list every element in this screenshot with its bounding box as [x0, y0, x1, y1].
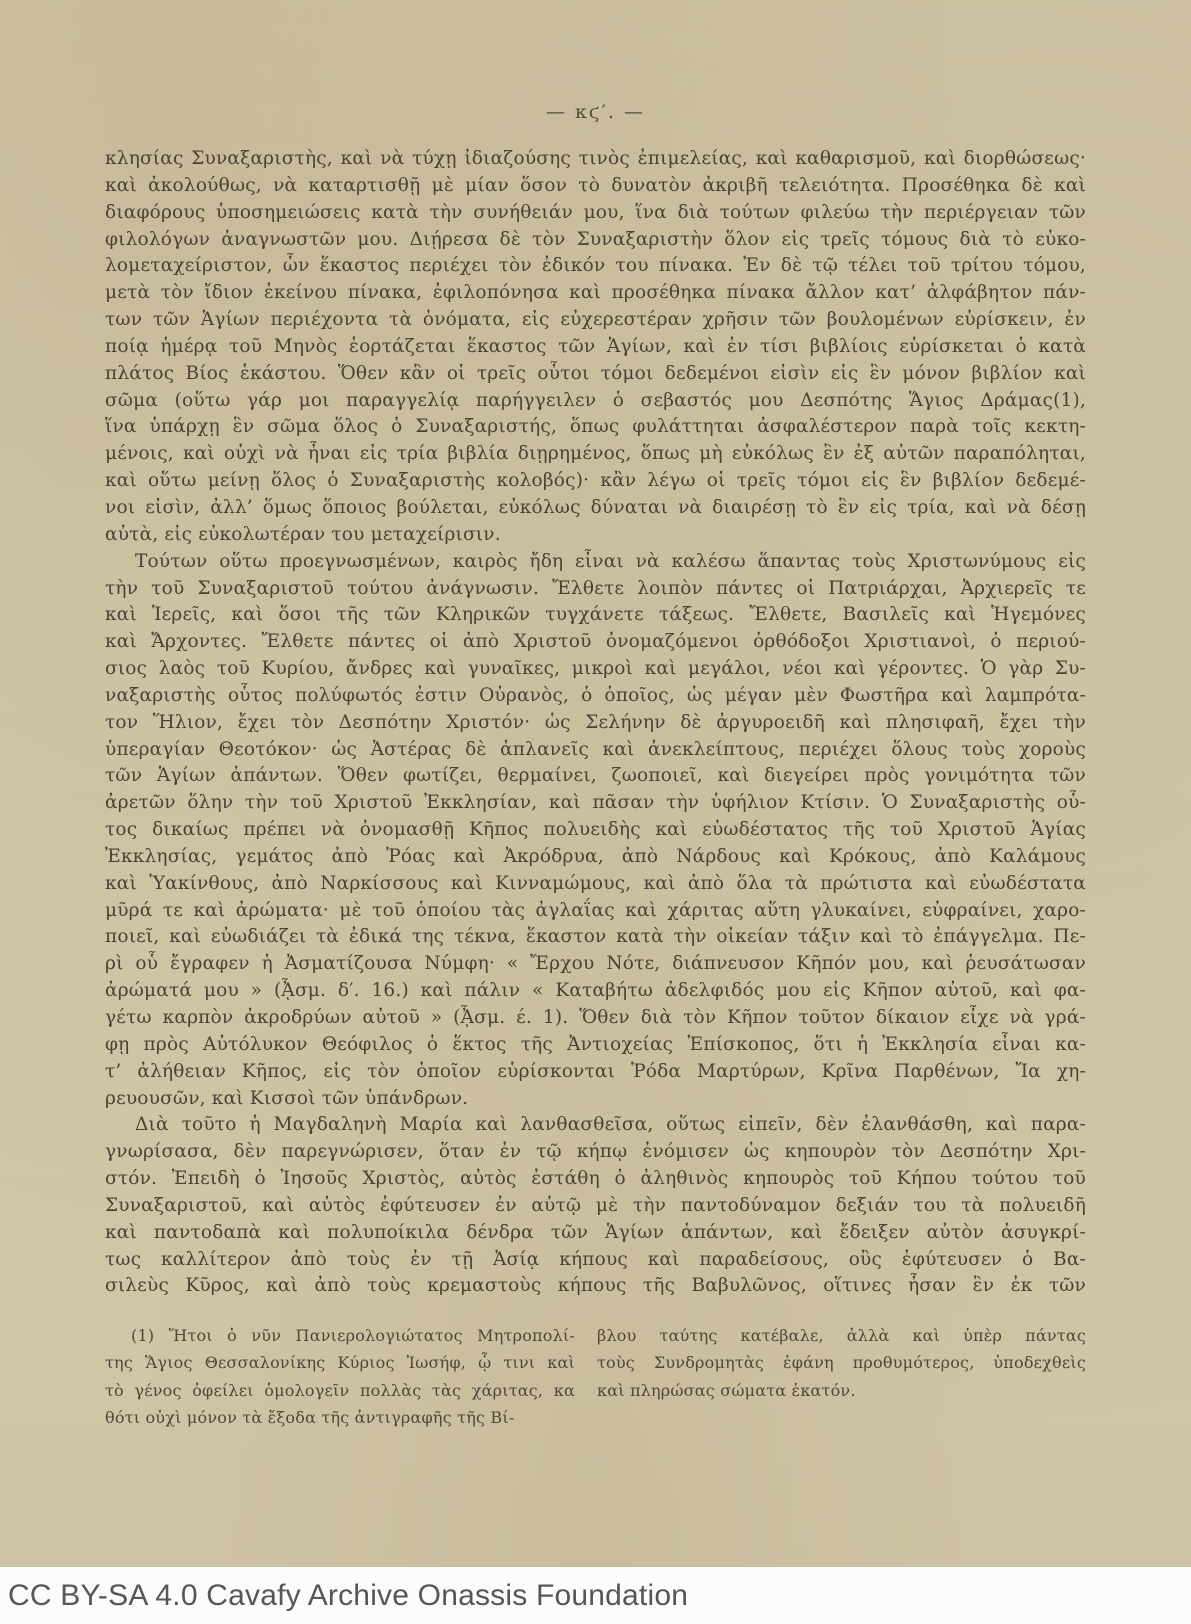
- credit-bar: CC BY-SA 4.0 Cavafy Archive Onassis Foun…: [0, 1567, 1191, 1624]
- text-line: ρευουσῶν, καὶ Κισσοὶ τῶν ὑπάνδρων.: [105, 1086, 1086, 1113]
- footnote: (1) Ἤτοι ὁ νῦν Πανιερολογιώτατος Μητροπο…: [105, 1322, 1086, 1431]
- text-line: καὶ οὕτω μείνῃ ὅλος ὁ Συναξαριστὴς κολοβ…: [105, 468, 1086, 495]
- footnote-left-column: (1) Ἤτοι ὁ νῦν Πανιερολογιώτατος Μητροπο…: [105, 1322, 575, 1431]
- text-line: καὶ Ἱερεῖς, καὶ ὅσοι τῆς τῶν Κληρικῶν τυ…: [105, 602, 1086, 629]
- text-line: σιος λαὸς τοῦ Κυρίου, ἄνδρες καὶ γυναῖκε…: [105, 656, 1086, 683]
- text-line: Τούτων οὕτω προεγνωσμένων, καιρὸς ἤδη εἶ…: [105, 549, 1086, 576]
- text-line: σιλεὺς Κῦρος, καὶ ἀπὸ τοὺς κρεμαστοὺς κή…: [105, 1273, 1086, 1300]
- text-line: πλάτος Βίος ἑκάστου. Ὅθεν κἂν οἱ τρεῖς ο…: [105, 361, 1086, 388]
- text-line: καὶ ἀκολούθως, νὰ καταρτισθῇ μὲ μίαν ὅσο…: [105, 173, 1086, 200]
- text-line: στόν. Ἐπειδὴ ὁ Ἰησοῦς Χριστὸς, αὐτὸς ἐστ…: [105, 1166, 1086, 1193]
- text-line: τον Ἥλιον, ἔχει τὸν Δεσπότην Χριστόν· ὡς…: [105, 710, 1086, 737]
- text-line: φιλολόγων ἀναγνωστῶν μου. Διῄρεσα δὲ τὸν…: [105, 227, 1086, 254]
- body-text: κλησίας Συναξαριστὴς, καὶ νὰ τύχῃ ἰδιαζο…: [105, 146, 1086, 1300]
- text-line: διαφόρους ὑποσημειώσεις κατὰ τὴν συνήθει…: [105, 200, 1086, 227]
- text-line: τοὺς Συνδρομητὰς ἐφάνη προθυμότερος, ὑπο…: [597, 1349, 1086, 1376]
- text-line: των τῶν Ἁγίων περιέχοντα τὰ ὀνόματα, εἰς…: [105, 307, 1086, 334]
- text-line: ὑπεραγίαν Θεοτόκον· ὡς Ἀστέρας δὲ ἀπλανε…: [105, 737, 1086, 764]
- text-line: ποιεῖ, καὶ εὐωδιάζει τὰ ἐδικά της τέκνα,…: [105, 924, 1086, 951]
- text-line: τως καλλίτερον ἀπὸ τοὺς ἐν τῇ Ἀσίᾳ κήπου…: [105, 1247, 1086, 1274]
- text-line: τος δικαίως πρέπει νὰ ὀνομασθῇ Κῆπος πολ…: [105, 817, 1086, 844]
- text-line: της Ἅγιος Θεσσαλονίκης Κύριος Ἰωσήφ, ᾧ τ…: [105, 1349, 575, 1376]
- text-line: καὶ Ἄρχοντες. Ἔλθετε πάντες οἱ ἀπὸ Χριστ…: [105, 629, 1086, 656]
- text-line: σῶμα (οὕτω γάρ μοι παραγγελίᾳ παρήγγειλε…: [105, 388, 1086, 415]
- page-number: — κϛ′. —: [0, 101, 1191, 123]
- text-line: γνωρίσασα, δὲν παρεγνώρισεν, ὅταν ἐν τῷ …: [105, 1139, 1086, 1166]
- text-line: ποίᾳ ἡμέρᾳ τοῦ Μηνὸς ἑορτάζεται ἕκαστος …: [105, 334, 1086, 361]
- text-line: φῃ πρὸς Αὐτόλυκον Θεόφιλος ὁ ἕκτος τῆς Ἀ…: [105, 1032, 1086, 1059]
- text-line: καὶ παντοδαπὰ καὶ πολυποίκιλα δένδρα τῶν…: [105, 1220, 1086, 1247]
- text-line: ἀρετῶν ὅλην τὴν τοῦ Χριστοῦ Ἐκκλησίαν, κ…: [105, 790, 1086, 817]
- text-line: τὴν τοῦ Συναξαριστοῦ τούτου ἀνάγνωσιν. Ἔ…: [105, 576, 1086, 603]
- text-line: τῶν Ἁγίων ἁπάντων. Ὅθεν φωτίζει, θερμαίν…: [105, 763, 1086, 790]
- text-line: θότι οὐχὶ μόνον τὰ ἔξοδα τῆς ἀντιγραφῆς …: [105, 1404, 575, 1431]
- text-line: καὶ Ὑακίνθους, ἀπὸ Ναρκίσσους καὶ Κινναμ…: [105, 871, 1086, 898]
- text-line: ἀρώματά μου » (ᾎσμ. δ′. 16.) καὶ πάλιν «…: [105, 978, 1086, 1005]
- text-line: Ἐκκλησίας, γεμάτος ἀπὸ Ῥόας καὶ Ἀκρόδρυα…: [105, 844, 1086, 871]
- text-line: νοι εἰσὶν, ἀλλ’ ὅμως ὅποιος βούλεται, εὐ…: [105, 495, 1086, 522]
- text-line: κλησίας Συναξαριστὴς, καὶ νὰ τύχῃ ἰδιαζο…: [105, 146, 1086, 173]
- text-line: καὶ πληρώσας σώματα ἑκατόν.: [597, 1377, 1086, 1404]
- text-line: γέτω καρπὸν ἀκροδρύων αὐτοῦ » (ᾎσμ. έ. 1…: [105, 1005, 1086, 1032]
- text-line: τὸ γένος ὀφείλει ὁμολογεῖν πολλὰς τὰς χά…: [105, 1377, 575, 1404]
- text-line: Διὰ τοῦτο ἡ Μαγδαληνὴ Μαρία καὶ λανθασθε…: [105, 1112, 1086, 1139]
- text-line: βλου ταύτης κατέβαλε, ἀλλὰ καὶ ὑπὲρ πάντ…: [597, 1322, 1086, 1349]
- footnote-right-column: βλου ταύτης κατέβαλε, ἀλλὰ καὶ ὑπὲρ πάντ…: [597, 1322, 1086, 1431]
- license-credit-text: CC BY-SA 4.0 Cavafy Archive Onassis Foun…: [0, 1579, 688, 1613]
- text-line: αὐτὰ, εἰς εὐκολωτέραν του μεταχείρισιν.: [105, 522, 1086, 549]
- text-line: τ’ ἀλήθειαν Κῆπος, εἰς τὸν ὁποῖον εὑρίσκ…: [105, 1059, 1086, 1086]
- text-line: ἵνα ὑπάρχῃ ἓν σῶμα ὅλος ὁ Συναξαριστής, …: [105, 414, 1086, 441]
- text-line: λομεταχείριστον, ὧν ἕκαστος περιέχει τὸν…: [105, 253, 1086, 280]
- text-line: μῦρά τε καὶ ἀρώματα· μὲ τοῦ ὁποίου τὰς ἀ…: [105, 898, 1086, 925]
- text-line: μετὰ τὸν ἴδιον ἐκείνου πίνακα, ἐφιλοπόνη…: [105, 280, 1086, 307]
- text-line: Συναξαριστοῦ, καὶ αὐτὸς ἐφύτευσεν ἐν αὐτ…: [105, 1193, 1086, 1220]
- text-line: ρὶ οὗ ἔγραφεν ἡ Ἀσματίζουσα Νύμφη· « Ἔρχ…: [105, 951, 1086, 978]
- text-line: ναξαριστὴς οὗτος πολύφωτός ἐστιν Οὐρανὸς…: [105, 683, 1086, 710]
- text-line: (1) Ἤτοι ὁ νῦν Πανιερολογιώτατος Μητροπο…: [105, 1322, 575, 1349]
- text-line: μένοις, καὶ οὐχὶ νὰ ἦναι εἰς τρία βιβλία…: [105, 441, 1086, 468]
